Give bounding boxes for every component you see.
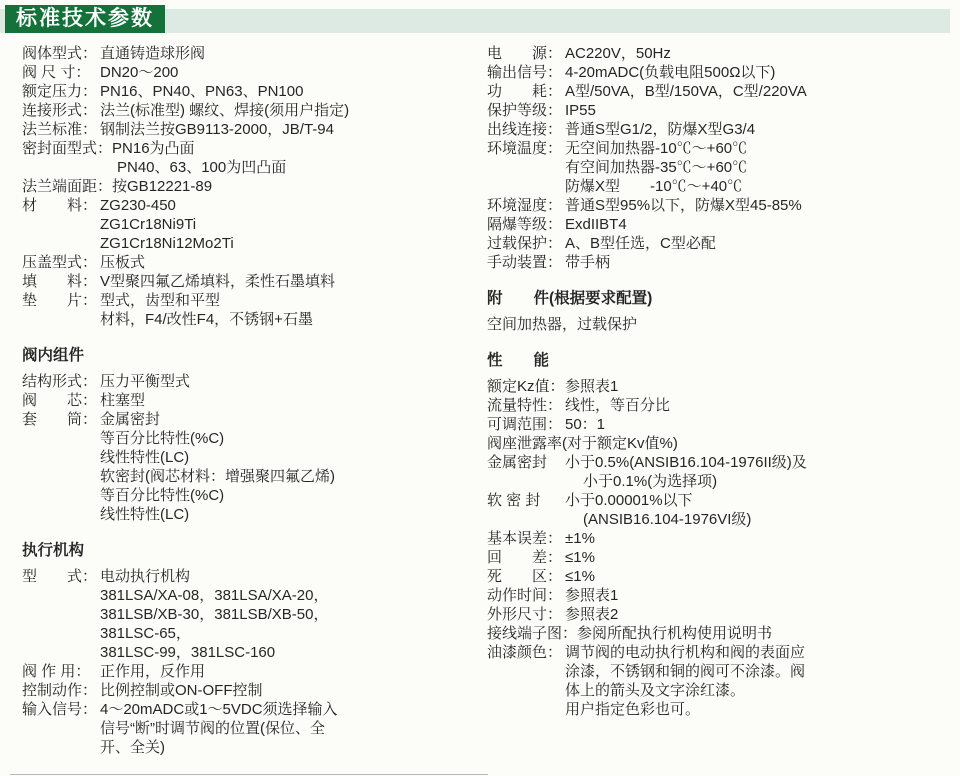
- spec-label: 流量特性：: [487, 396, 565, 415]
- spec-line: 线性特性(LC): [22, 448, 477, 467]
- spec-value: 小于0.00001%以下: [565, 492, 693, 509]
- spec-line: (ANSIB16.104-1976VI级): [487, 510, 955, 529]
- spec-line: 垫 片：型式，齿型和平型: [22, 291, 477, 310]
- spec-line: 381LSC-65，: [22, 624, 477, 643]
- spec-line: 法兰标准：钢制法兰按GB9113-2000，JB/T-94: [22, 120, 477, 139]
- left-column: 阀体型式：直通铸造球形阀阀 尺 寸：DN20～200额定压力：PN16、PN40…: [22, 44, 477, 757]
- spec-value: 直通铸造球形阀: [100, 45, 205, 62]
- spec-label: 油漆颜色：: [487, 643, 565, 662]
- spec-label: 外形尺寸：: [487, 605, 565, 624]
- spec-value: 防爆X型 -10℃～+40℃: [565, 178, 742, 195]
- spec-value: DN20～200: [100, 64, 178, 81]
- spec-value: 型式，齿型和平型: [100, 292, 220, 309]
- spec-line: 381LSB/XB-30，381LSB/XB-50，: [22, 605, 477, 624]
- spec-line: 出线连接：普通S型G1/2，防爆X型G3/4: [487, 120, 955, 139]
- spec-label: 手动装置：: [487, 253, 565, 272]
- spec-label: 软 密 封: [487, 491, 565, 510]
- spec-value: 材料，F4/改性F4，不锈钢+石墨: [100, 311, 313, 328]
- spec-label: 型 式：: [22, 567, 100, 586]
- spec-line: 有空间加热器-35℃～+60℃: [487, 158, 955, 177]
- spec-value: PN40、63、100为凹凸面: [117, 159, 286, 176]
- spec-line: 阀 作 用：正作用，反作用: [22, 662, 477, 681]
- spec-section: 附 件(根据要求配置)空间加热器，过载保护: [487, 289, 955, 334]
- spec-line: 法兰端面距：按GB12221-89: [22, 177, 477, 196]
- spec-value: 381LSC-99，381LSC-160: [100, 644, 275, 661]
- spec-label: 控制动作：: [22, 681, 100, 700]
- spec-line: 阀体型式：直通铸造球形阀: [22, 44, 477, 63]
- spec-label: 可调范围：: [487, 415, 565, 434]
- spec-value: 体上的箭头及文字涂红漆。: [565, 682, 745, 699]
- spec-value: 普通S型G1/2，防爆X型G3/4: [565, 121, 755, 138]
- spec-section: 阀体型式：直通铸造球形阀阀 尺 寸：DN20～200额定压力：PN16、PN40…: [22, 44, 477, 329]
- spec-line: 输入信号：4～20mADC或1～5VDC须选择输入: [22, 700, 477, 719]
- spec-section: 性 能额定Kz值：参照表1流量特性：线性，等百分比可调范围：50：1阀座泄露率(…: [487, 351, 955, 719]
- spec-line: 控制动作：比例控制或ON-OFF控制: [22, 681, 477, 700]
- spec-value: 用户指定色彩也可。: [565, 701, 700, 718]
- spec-line: 外形尺寸：参照表2: [487, 605, 955, 624]
- spec-value: 参阅所配执行机构使用说明书: [577, 625, 772, 642]
- spec-label: 阀 尺 寸：: [22, 63, 100, 82]
- spec-value: 软密封(阀芯材料：增强聚四氟乙烯): [100, 468, 335, 485]
- spec-value: 压板式: [100, 254, 145, 271]
- spec-label: 功 耗：: [487, 82, 565, 101]
- spec-label: 额定Kz值：: [487, 377, 565, 396]
- spec-line: 金属密封小于0.5%(ANSIB16.104-1976II级)及: [487, 453, 955, 472]
- spec-line: 环境温度：无空间加热器-10℃～+60℃: [487, 139, 955, 158]
- spec-value: 线性，等百分比: [565, 397, 670, 414]
- spec-line: 阀 尺 寸：DN20～200: [22, 63, 477, 82]
- section-heading: 附 件(根据要求配置): [487, 289, 955, 308]
- spec-label: 法兰端面距：: [22, 177, 112, 196]
- spec-line: 死 区：≤1%: [487, 567, 955, 586]
- spec-value: 等百分比特性(%C): [100, 487, 224, 504]
- spec-label: 电 源：: [487, 44, 565, 63]
- spec-line: PN40、63、100为凹凸面: [22, 158, 477, 177]
- spec-value: V型聚四氟乙烯填料，柔性石墨填料: [100, 273, 335, 290]
- spec-value: 参照表1: [565, 378, 618, 395]
- spec-value: 等百分比特性(%C): [100, 430, 224, 447]
- spec-value: 钢制法兰按GB9113-2000，JB/T-94: [100, 121, 334, 138]
- spec-line: 381LSC-99，381LSC-160: [22, 643, 477, 662]
- spec-value: 正作用，反作用: [100, 663, 205, 680]
- spec-label: 阀 芯：: [22, 391, 100, 410]
- spec-label: 阀 作 用：: [22, 662, 100, 681]
- right-column: 电 源：AC220V，50Hz输出信号：4-20mADC(负载电阻500Ω以下)…: [487, 44, 955, 719]
- spec-value: 比例控制或ON-OFF控制: [100, 682, 263, 699]
- spec-line: 型 式：电动执行机构: [22, 567, 477, 586]
- spec-label: 法兰标准：: [22, 120, 100, 139]
- section-heading: 性 能: [487, 351, 955, 370]
- spec-value: 小于0.5%(ANSIB16.104-1976II级)及: [565, 454, 807, 471]
- spec-label: 隔爆等级：: [487, 215, 565, 234]
- spec-line: 阀座泄露率(对于额定Kv值%): [487, 434, 955, 453]
- spec-value: ≤1%: [565, 568, 595, 585]
- spec-line: 输出信号：4-20mADC(负载电阻500Ω以下): [487, 63, 955, 82]
- spec-label: 回 差：: [487, 548, 565, 567]
- spec-value: 金属密封: [100, 411, 160, 428]
- spec-line: 基本误差：±1%: [487, 529, 955, 548]
- spec-value: 涂漆，不锈钢和铜的阀可不涂漆。阀: [565, 663, 805, 680]
- spec-line: 材 料：ZG230-450: [22, 196, 477, 215]
- spec-line: 过载保护：A、B型任选，C型必配: [487, 234, 955, 253]
- spec-value: 带手柄: [565, 254, 610, 271]
- spec-value: PN16为凸面: [112, 140, 195, 157]
- spec-line: 小于0.1%(为选择项): [487, 472, 955, 491]
- spec-label: 保护等级：: [487, 101, 565, 120]
- spec-label: 接线端子图：: [487, 624, 577, 643]
- spec-label: 输出信号：: [487, 63, 565, 82]
- spec-value: 381LSA/XA-08，381LSA/XA-20，: [100, 587, 328, 604]
- spec-value: 381LSC-65，: [100, 625, 191, 642]
- spec-value: AC220V，50Hz: [565, 45, 671, 62]
- spec-line: 油漆颜色：调节阀的电动执行机构和阀的表面应: [487, 643, 955, 662]
- section-heading: 阀内组件: [22, 346, 477, 365]
- spec-section: 执行机构型 式：电动执行机构381LSA/XA-08，381LSA/XA-20，…: [22, 541, 477, 757]
- spec-value: ZG1Cr18Ni12Mo2Ti: [100, 235, 234, 252]
- spec-line: 阀 芯：柱塞型: [22, 391, 477, 410]
- spec-label: 连接形式：: [22, 101, 100, 120]
- spec-value: 线性特性(LC): [100, 506, 189, 523]
- spec-value: 调节阀的电动执行机构和阀的表面应: [565, 644, 805, 661]
- spec-value: 阀座泄露率(对于额定Kv值%): [487, 435, 678, 452]
- spec-section: 阀内组件结构形式：压力平衡型式阀 芯：柱塞型套 筒：金属密封等百分比特性(%C)…: [22, 346, 477, 524]
- section-heading: 执行机构: [22, 541, 477, 560]
- spec-line: 连接形式：法兰(标准型) 螺纹、焊接(须用户指定): [22, 101, 477, 120]
- spec-value: 4-20mADC(负载电阻500Ω以下): [565, 64, 775, 81]
- spec-value: 法兰(标准型) 螺纹、焊接(须用户指定): [100, 102, 349, 119]
- spec-line: 电 源：AC220V，50Hz: [487, 44, 955, 63]
- spec-line: 密封面型式：PN16为凸面: [22, 139, 477, 158]
- spec-line: 用户指定色彩也可。: [487, 700, 955, 719]
- spec-label: 过载保护：: [487, 234, 565, 253]
- bottom-rule: [10, 774, 488, 775]
- spec-value: IP55: [565, 102, 596, 119]
- spec-value: 压力平衡型式: [100, 373, 190, 390]
- spec-label: 输入信号：: [22, 700, 100, 719]
- spec-label: 环境温度：: [487, 139, 565, 158]
- spec-line: 线性特性(LC): [22, 505, 477, 524]
- spec-value: 4～20mADC或1～5VDC须选择输入: [100, 701, 338, 718]
- spec-value: ExdIIBT4: [565, 216, 627, 233]
- spec-value: (ANSIB16.104-1976VI级): [583, 511, 751, 528]
- spec-value: 小于0.1%(为选择项): [583, 473, 717, 490]
- spec-value: ≤1%: [565, 549, 595, 566]
- spec-line: ZG1Cr18Ni9Ti: [22, 215, 477, 234]
- spec-label: 垫 片：: [22, 291, 100, 310]
- spec-value: 有空间加热器-35℃～+60℃: [565, 159, 747, 176]
- spec-value: 信号“断”时调节阀的位置(保位、全: [100, 720, 325, 737]
- spec-value: 空间加热器，过载保护: [487, 316, 637, 333]
- spec-line: 压盖型式：压板式: [22, 253, 477, 272]
- spec-line: 防爆X型 -10℃～+40℃: [487, 177, 955, 196]
- spec-line: 额定Kz值：参照表1: [487, 377, 955, 396]
- spec-label: 动作时间：: [487, 586, 565, 605]
- spec-label: 环境湿度：: [487, 196, 565, 215]
- spec-line: 隔爆等级：ExdIIBT4: [487, 215, 955, 234]
- spec-line: 套 筒：金属密封: [22, 410, 477, 429]
- spec-label: 材 料：: [22, 196, 100, 215]
- spec-line: 信号“断”时调节阀的位置(保位、全: [22, 719, 477, 738]
- spec-line: 涂漆，不锈钢和铜的阀可不涂漆。阀: [487, 662, 955, 681]
- spec-value: A型/50VA，B型/150VA，C型/220VA: [565, 83, 807, 100]
- spec-label: 套 筒：: [22, 410, 100, 429]
- spec-value: 电动执行机构: [100, 568, 190, 585]
- spec-line: 动作时间：参照表1: [487, 586, 955, 605]
- spec-line: 接线端子图：参阅所配执行机构使用说明书: [487, 624, 955, 643]
- spec-value: ZG1Cr18Ni9Ti: [100, 216, 196, 233]
- spec-line: 结构形式：压力平衡型式: [22, 372, 477, 391]
- spec-line: 空间加热器，过载保护: [487, 315, 955, 334]
- spec-value: 参照表2: [565, 606, 618, 623]
- spec-label: 密封面型式：: [22, 139, 112, 158]
- spec-line: ZG1Cr18Ni12Mo2Ti: [22, 234, 477, 253]
- spec-value: 线性特性(LC): [100, 449, 189, 466]
- spec-line: 等百分比特性(%C): [22, 429, 477, 448]
- spec-value: 381LSB/XB-30，381LSB/XB-50，: [100, 606, 328, 623]
- spec-value: 普通S型95%以下，防爆X型45-85%: [565, 197, 802, 214]
- spec-line: 环境湿度：普通S型95%以下，防爆X型45-85%: [487, 196, 955, 215]
- spec-line: 材料，F4/改性F4，不锈钢+石墨: [22, 310, 477, 329]
- spec-line: 回 差：≤1%: [487, 548, 955, 567]
- page-title: 标准技术参数: [5, 5, 165, 33]
- spec-line: 381LSA/XA-08，381LSA/XA-20，: [22, 586, 477, 605]
- spec-value: 参照表1: [565, 587, 618, 604]
- spec-label: 死 区：: [487, 567, 565, 586]
- spec-value: 柱塞型: [100, 392, 145, 409]
- spec-line: 开、全关): [22, 738, 477, 757]
- spec-line: 体上的箭头及文字涂红漆。: [487, 681, 955, 700]
- spec-line: 软密封(阀芯材料：增强聚四氟乙烯): [22, 467, 477, 486]
- spec-line: 手动装置：带手柄: [487, 253, 955, 272]
- spec-line: 软 密 封小于0.00001%以下: [487, 491, 955, 510]
- spec-section: 电 源：AC220V，50Hz输出信号：4-20mADC(负载电阻500Ω以下)…: [487, 44, 955, 272]
- spec-value: 按GB12221-89: [112, 178, 212, 195]
- spec-line: 填 料：V型聚四氟乙烯填料，柔性石墨填料: [22, 272, 477, 291]
- spec-label: 结构形式：: [22, 372, 100, 391]
- spec-value: 无空间加热器-10℃～+60℃: [565, 140, 747, 157]
- spec-line: 可调范围：50：1: [487, 415, 955, 434]
- spec-label: 出线连接：: [487, 120, 565, 139]
- spec-line: 功 耗：A型/50VA，B型/150VA，C型/220VA: [487, 82, 955, 101]
- spec-value: A、B型任选，C型必配: [565, 235, 716, 252]
- spec-line: 额定压力：PN16、PN40、PN63、PN100: [22, 82, 477, 101]
- spec-label: 金属密封: [487, 453, 565, 472]
- spec-line: 流量特性：线性，等百分比: [487, 396, 955, 415]
- spec-line: 保护等级：IP55: [487, 101, 955, 120]
- spec-value: 开、全关): [100, 739, 165, 756]
- spec-label: 填 料：: [22, 272, 100, 291]
- spec-label: 额定压力：: [22, 82, 100, 101]
- spec-label: 阀体型式：: [22, 44, 100, 63]
- spec-value: ZG230-450: [100, 197, 176, 214]
- spec-value: 50：1: [565, 416, 605, 433]
- spec-value: PN16、PN40、PN63、PN100: [100, 83, 303, 100]
- spec-label: 基本误差：: [487, 529, 565, 548]
- spec-value: ±1%: [565, 530, 595, 547]
- spec-label: 压盖型式：: [22, 253, 100, 272]
- spec-line: 等百分比特性(%C): [22, 486, 477, 505]
